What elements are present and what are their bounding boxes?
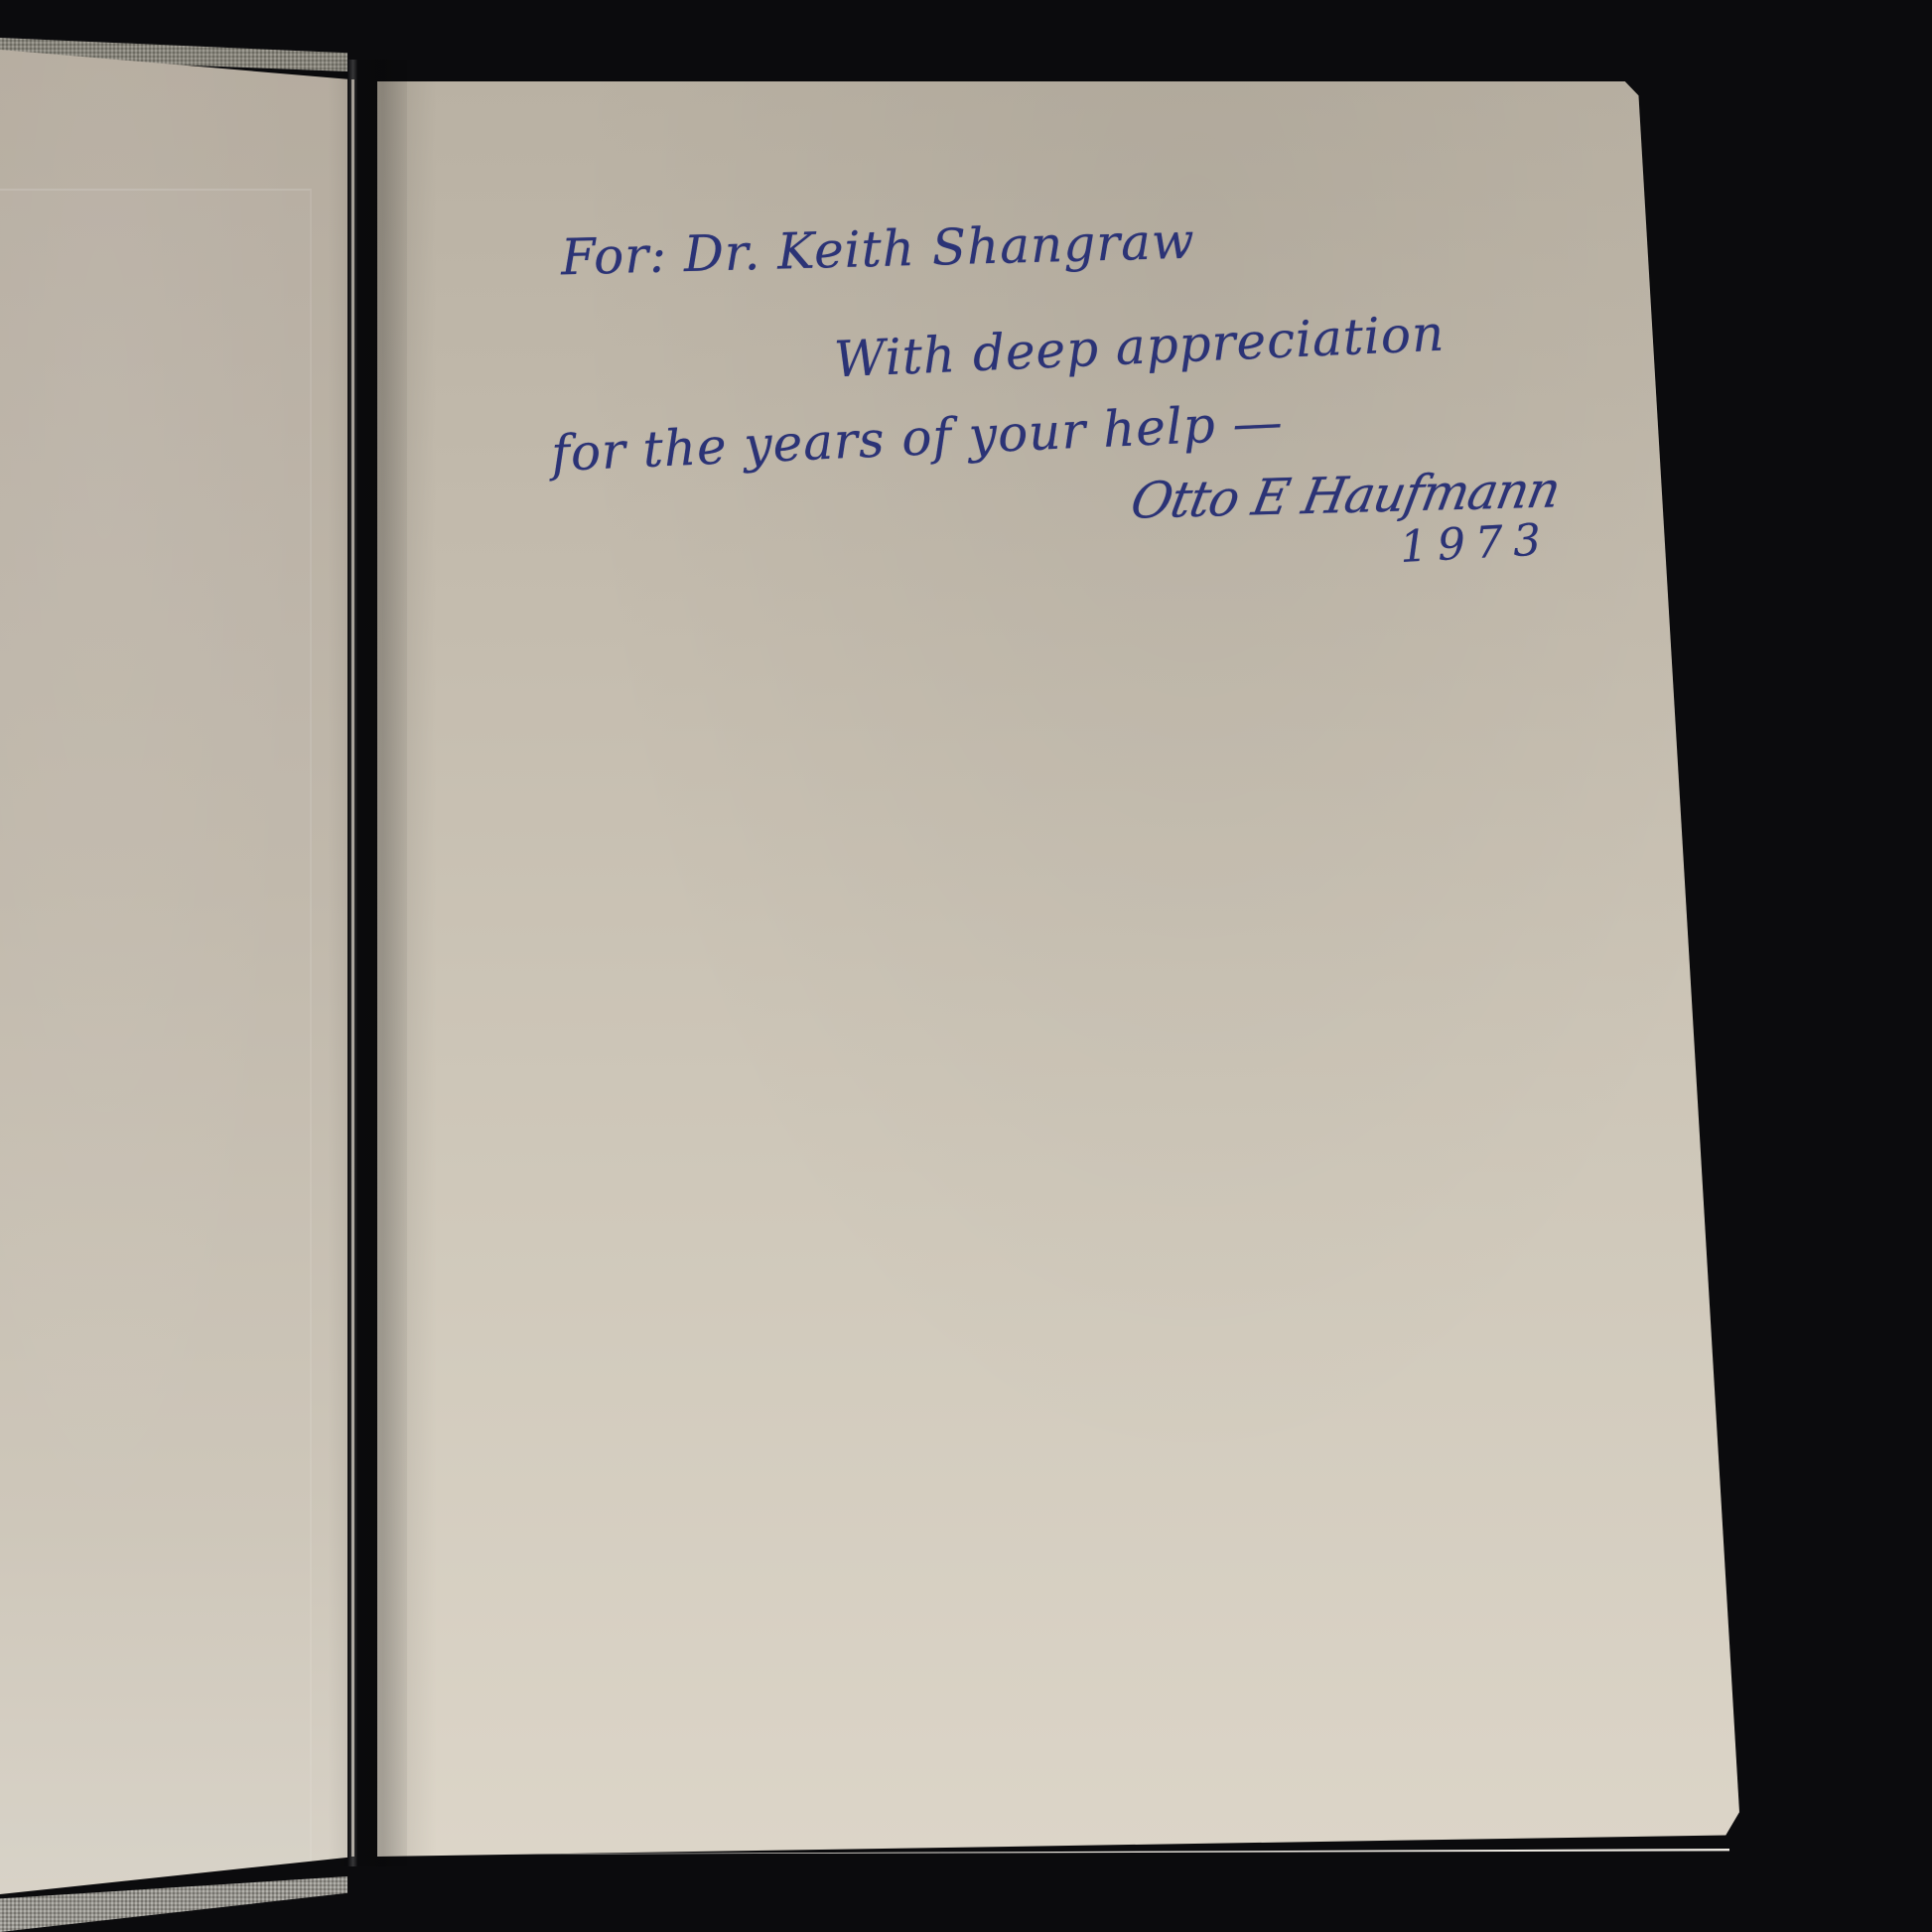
inside-front-cover [0, 50, 347, 1894]
book-photo: For: Dr. Keith Shangraw With deep apprec… [0, 0, 1932, 1932]
hinge-crease [351, 79, 354, 1857]
book-gutter [328, 60, 407, 1866]
inscription-year: 1973 [1399, 514, 1552, 573]
ghost-impression [495, 86, 1371, 220]
pastedown-board-outline [0, 189, 312, 1878]
